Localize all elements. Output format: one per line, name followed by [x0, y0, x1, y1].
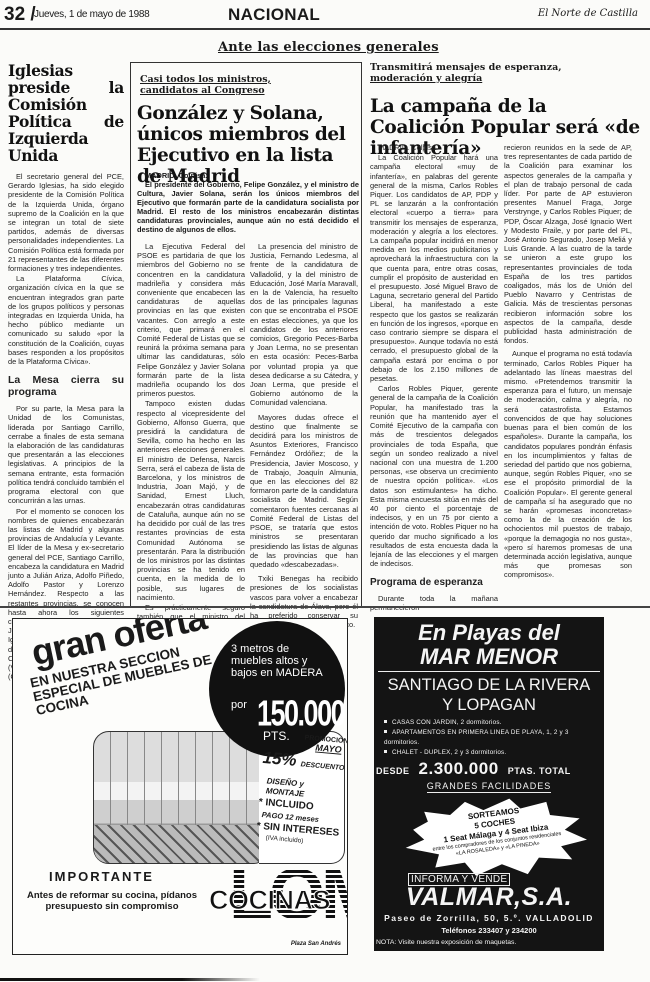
real-estate-advertisement: En Playas del MAR MENOR SANTIAGO DE LA R… — [374, 617, 604, 951]
right-story-column-1: MADRID. Colpisa. La Coalición Popular ha… — [370, 143, 498, 613]
header-rule — [0, 28, 650, 30]
left-story: Iglesias preside la Comisión Política de… — [8, 62, 124, 682]
desde-label: DESDE — [376, 766, 410, 776]
feature-text: APARTAMENTOS EN PRIMERA LINEA DE PLAYA, … — [384, 729, 569, 746]
promo-text: PROMOCIÓN MAYO 15% DESCUENTO DISEÑO y MO… — [255, 731, 348, 850]
paragraph: Aunque el programa no está todavía termi… — [504, 349, 632, 579]
kicker-line: moderación y alegría — [370, 73, 482, 84]
paragraph: Mayores dudas ofrece el destino que fina… — [250, 413, 358, 569]
store-location: Plaza San Andrés — [291, 941, 341, 947]
left-story-title: Iglesias preside la Comisión Política de… — [8, 62, 124, 164]
middle-story-column-2: La presencia del ministro de Justicia, F… — [250, 242, 358, 630]
company-name: VALMAR,S.A. — [374, 883, 604, 912]
page-kicker: Ante las elecciones generales — [218, 40, 439, 55]
offer-description: 3 metros de muebles altos y bajos en MAD… — [231, 643, 327, 679]
important-label: IMPORTANTE — [49, 869, 154, 884]
feature-list: CASAS CON JARDIN, 2 dormitorios. APARTAM… — [384, 718, 599, 758]
feature-text: CHALET - DUPLEX, 2 y 3 dormitorios. — [392, 749, 506, 756]
company-phones: Teléfonos 233407 y 234200 — [374, 926, 604, 935]
dateline: MADRID. Colpisa. — [370, 143, 498, 152]
middle-story-lead: MADRID. Colpisa. El presidente del Gobie… — [137, 171, 359, 234]
paragraph: Carlos Robles Piquer, gerente general de… — [370, 384, 498, 568]
feature-item: APARTAMENTOS EN PRIMERA LINEA DE PLAYA, … — [384, 728, 599, 748]
ad-title-line-2: MAR MENOR — [374, 645, 604, 669]
location-line: Y LOPAGAN — [374, 695, 604, 715]
right-story-column-2: recieron reunidos en la sede de AP, tres… — [504, 143, 632, 581]
feature-item: CASAS CON JARDIN, 2 dormitorios. — [384, 718, 599, 728]
paragraph: La Plataforma Cívica, organización cívic… — [8, 274, 124, 366]
right-story-kicker: Transmitirá mensajes de esperanza, moder… — [370, 62, 562, 84]
price-suffix: PTAS. TOTAL — [508, 766, 571, 776]
lomu-logo: LOMU COCINAS Plaza San Andrés — [209, 855, 348, 945]
issue-date: Jueves, 1 de mayo de 1988 — [34, 9, 149, 20]
paragraph: recieron reunidos en la sede de AP, tres… — [504, 143, 632, 345]
locations: SANTIAGO DE LA RIVERA Y LOPAGAN — [374, 675, 604, 715]
paragraph: La Coalición Popular hará una campaña el… — [370, 153, 498, 383]
ad-note: Antes de reformar su cocina, pídanos pre… — [27, 890, 197, 912]
bullet-icon — [384, 720, 387, 723]
ad-nota: NOTA: Visite nuestra exposición de maque… — [376, 939, 516, 946]
por-label: por — [231, 699, 247, 711]
page-number: 32 / — [4, 4, 36, 26]
bullet-icon — [384, 750, 387, 753]
paragraph: Tampoco existen dudas respecto al vicepr… — [137, 399, 245, 601]
right-story-subhead: Programa de esperanza — [370, 578, 498, 587]
divider — [378, 671, 600, 672]
section-divider — [0, 606, 650, 608]
newspaper-name: El Norte de Castilla — [538, 8, 638, 19]
feature-item: CHALET - DUPLEX, 2 y 3 dormitorios. — [384, 748, 599, 758]
price-line: DESDE 2.300.000 PTAS. TOTAL — [376, 759, 602, 779]
company-address: Paseo de Zorrilla, 50, 5.º. VALLADOLID — [374, 913, 604, 923]
dateline: MADRID. Colpisa. — [137, 171, 359, 180]
discount-label: DESCUENTO — [300, 761, 344, 772]
feature-text: CASAS CON JARDIN, 2 dormitorios. — [392, 719, 502, 726]
paragraph: La presencia del ministro de Justicia, F… — [250, 242, 358, 408]
kitchen-advertisement: gran oferta EN NUESTRA SECCION ESPECIAL … — [12, 618, 348, 955]
middle-story-column-1: La Ejecutiva Federal del PSOE es partida… — [137, 242, 245, 650]
kicker-line: Transmitirá mensajes de esperanza, — [370, 62, 562, 73]
section-title: NACIONAL — [228, 5, 320, 25]
property-price: 2.300.000 — [419, 759, 499, 778]
page-edge — [0, 978, 260, 981]
facilities-text: GRANDES FACILIDADES — [427, 781, 552, 793]
brand-word: COCINAS — [209, 885, 330, 916]
location-line: SANTIAGO DE LA RIVERA — [374, 675, 604, 695]
paragraph: Por su parte, la Mesa para la Unidad de … — [8, 404, 124, 505]
paragraph: Durante toda la mañana permanecieron — [370, 594, 498, 612]
paragraph: El secretario general del PCE, Gerardo I… — [8, 172, 124, 273]
discount-percent: 15% — [262, 748, 298, 770]
kicker-line: Casi todos los ministros, — [140, 74, 271, 85]
left-story-subhead: La Mesa cierra su programa — [8, 374, 124, 398]
kitchen-illustration — [93, 731, 269, 864]
lead-text: El presidente del Gobierno, Felipe Gonzá… — [137, 180, 359, 234]
ad-title-line-1: En Playas del — [374, 621, 604, 645]
kicker-line: candidatos al Congreso — [140, 85, 271, 96]
bullet-icon — [384, 730, 387, 733]
paragraph: La Ejecutiva Federal del PSOE es partida… — [137, 242, 245, 398]
middle-story-kicker: Casi todos los ministros, candidatos al … — [140, 74, 271, 96]
